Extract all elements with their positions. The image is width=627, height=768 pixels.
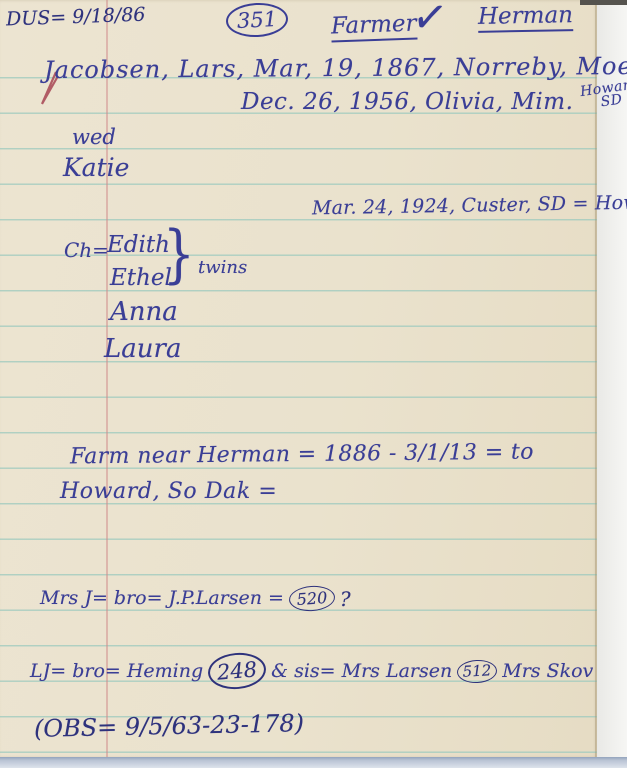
- question-mark: ?: [340, 589, 351, 609]
- circled-ref-520: 520: [288, 584, 336, 612]
- source-citation: (OBS= 9/5/63-23-178): [34, 711, 304, 741]
- spouse-name: Katie: [63, 155, 129, 180]
- wed-label: wed: [72, 127, 116, 148]
- lj-text-suffix: Mrs Skov: [502, 662, 593, 681]
- scan-corner-artifact: [580, 0, 627, 5]
- circled-ref-512: 512: [457, 658, 498, 683]
- twins-label: twins: [198, 259, 247, 277]
- place-note: Herman: [478, 4, 573, 29]
- circled-ref-248: 248: [207, 651, 268, 692]
- child-name-anna: Anna: [110, 299, 178, 325]
- entry-death-line: Dec. 26, 1956, Olivia, Mim.HowardSD: [241, 91, 627, 118]
- marriage-line: Mar. 24, 1924, Custer, SD = HowardSD: [312, 193, 627, 219]
- children-label: Ch=: [64, 240, 109, 260]
- child-name-laura: Laura: [104, 336, 181, 362]
- lj-reference-line: LJ= bro= Heming 248 & sis= Mrs Larsen 51…: [30, 653, 593, 689]
- lj-text-prefix: LJ= bro= Heming: [30, 662, 203, 681]
- occupation-note: Farmer: [331, 13, 417, 39]
- lj-text-middle: & sis= Mrs Larsen: [271, 662, 452, 681]
- farm-note-line2: Howard, So Dak =: [60, 481, 277, 503]
- place-label: Herman: [478, 2, 573, 33]
- entry-name-birth-line: Jacobsen, Lars, Mar, 19, 1867, Norreby, …: [44, 54, 627, 82]
- twins-brace: }: [163, 223, 195, 286]
- child-name-edith: Edith: [107, 234, 170, 257]
- mrs-j-reference-line: Mrs J= bro= J.P.Larsen = 520 ?: [40, 586, 351, 611]
- howard-sd-stack: HowardSD: [580, 78, 627, 113]
- scan-edge-bottom: [0, 757, 627, 768]
- farm-note-line1: Farm near Herman = 1886 - 3/1/13 = to: [70, 442, 534, 469]
- death-date-place: Dec. 26, 1956, Olivia, Mim.: [241, 89, 573, 115]
- date-note: DUS= 9/18/86: [6, 6, 146, 30]
- occupation-label: Farmer: [331, 11, 417, 43]
- mrs-j-text: Mrs J= bro= J.P.Larsen =: [40, 589, 284, 608]
- scanned-notebook-page: DUS= 9/18/86 351 Farmer ✓ Herman Jacobse…: [0, 0, 627, 768]
- stack-bottom: SD: [600, 94, 623, 110]
